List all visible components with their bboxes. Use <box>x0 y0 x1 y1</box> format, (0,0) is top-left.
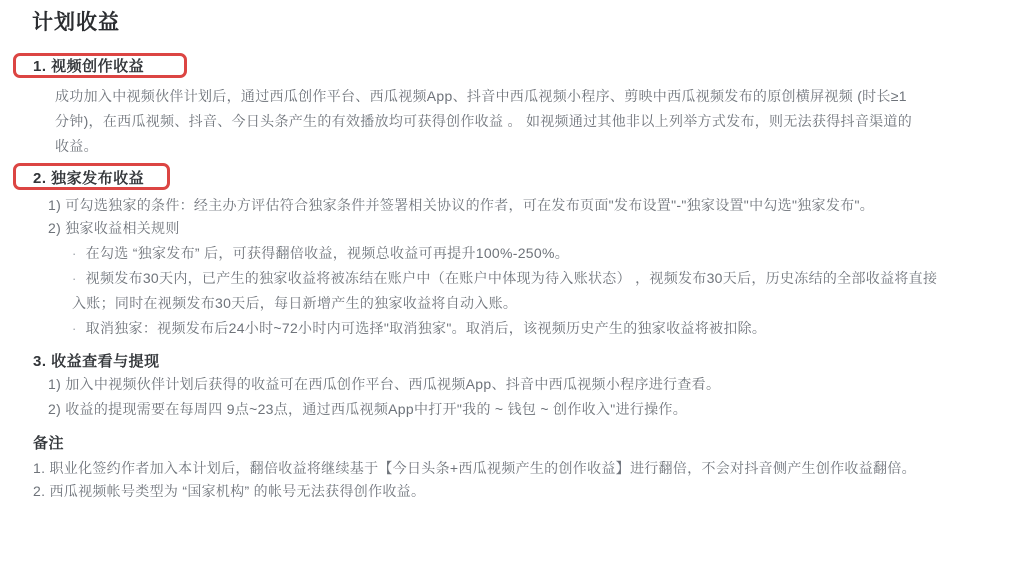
note-item: 2. 西瓜视频帐号类型为 “国家机构” 的帐号无法获得创作收益。 <box>33 479 1013 504</box>
section-heading-3: 3. 收益查看与提现 <box>33 352 160 372</box>
bullet-dot: · <box>72 271 77 286</box>
page-title: 计划收益 <box>32 9 120 37</box>
list-item: 1) 可勾选独家的条件：经主办方评估符合独家条件并签署相关协议的作者，可在发布页… <box>48 193 988 218</box>
bullet-text: 在勾选 “独家发布” 后，可获得翻倍收益，视频总收益可再提升100%-250%。 <box>86 245 569 261</box>
bullet-item: ·取消独家：视频发布后24小时~72小时内可选择"取消独家"。取消后，该视频历史… <box>72 316 947 341</box>
section-heading-2: 2. 独家发布收益 <box>33 169 144 189</box>
list-item: 2) 收益的提现需要在每周四 9点~23点，通过西瓜视频App中打开"我的 ~ … <box>48 397 988 422</box>
bullet-text: 视频发布30天内，已产生的独家收益将被冻结在账户中（在账户中体现为待入账状态） … <box>72 270 937 311</box>
document-page: 计划收益 1. 视频创作收益 成功加入中视频伙伴计划后，通过西瓜创作平台、西瓜视… <box>0 0 1024 561</box>
bullet-dot: · <box>72 321 77 336</box>
list-item: 1) 加入中视频伙伴计划后获得的收益可在西瓜创作平台、西瓜视频App、抖音中西瓜… <box>48 372 988 397</box>
note-item: 1. 职业化签约作者加入本计划后，翻倍收益将继续基于【今日头条+西瓜视频产生的创… <box>33 456 1013 481</box>
bullet-dot: · <box>72 246 77 261</box>
section-heading-1: 1. 视频创作收益 <box>33 57 144 77</box>
notes-heading: 备注 <box>33 434 64 454</box>
list-item: 2) 独家收益相关规则 <box>48 216 988 241</box>
bullet-text: 取消独家：视频发布后24小时~72小时内可选择"取消独家"。取消后，该视频历史产… <box>86 320 767 336</box>
bullet-item: ·在勾选 “独家发布” 后，可获得翻倍收益，视频总收益可再提升100%-250%… <box>72 241 947 266</box>
section-paragraph: 成功加入中视频伙伴计划后，通过西瓜创作平台、西瓜视频App、抖音中西瓜视频小程序… <box>55 84 913 159</box>
bullet-item: ·视频发布30天内，已产生的独家收益将被冻结在账户中（在账户中体现为待入账状态）… <box>72 266 947 316</box>
